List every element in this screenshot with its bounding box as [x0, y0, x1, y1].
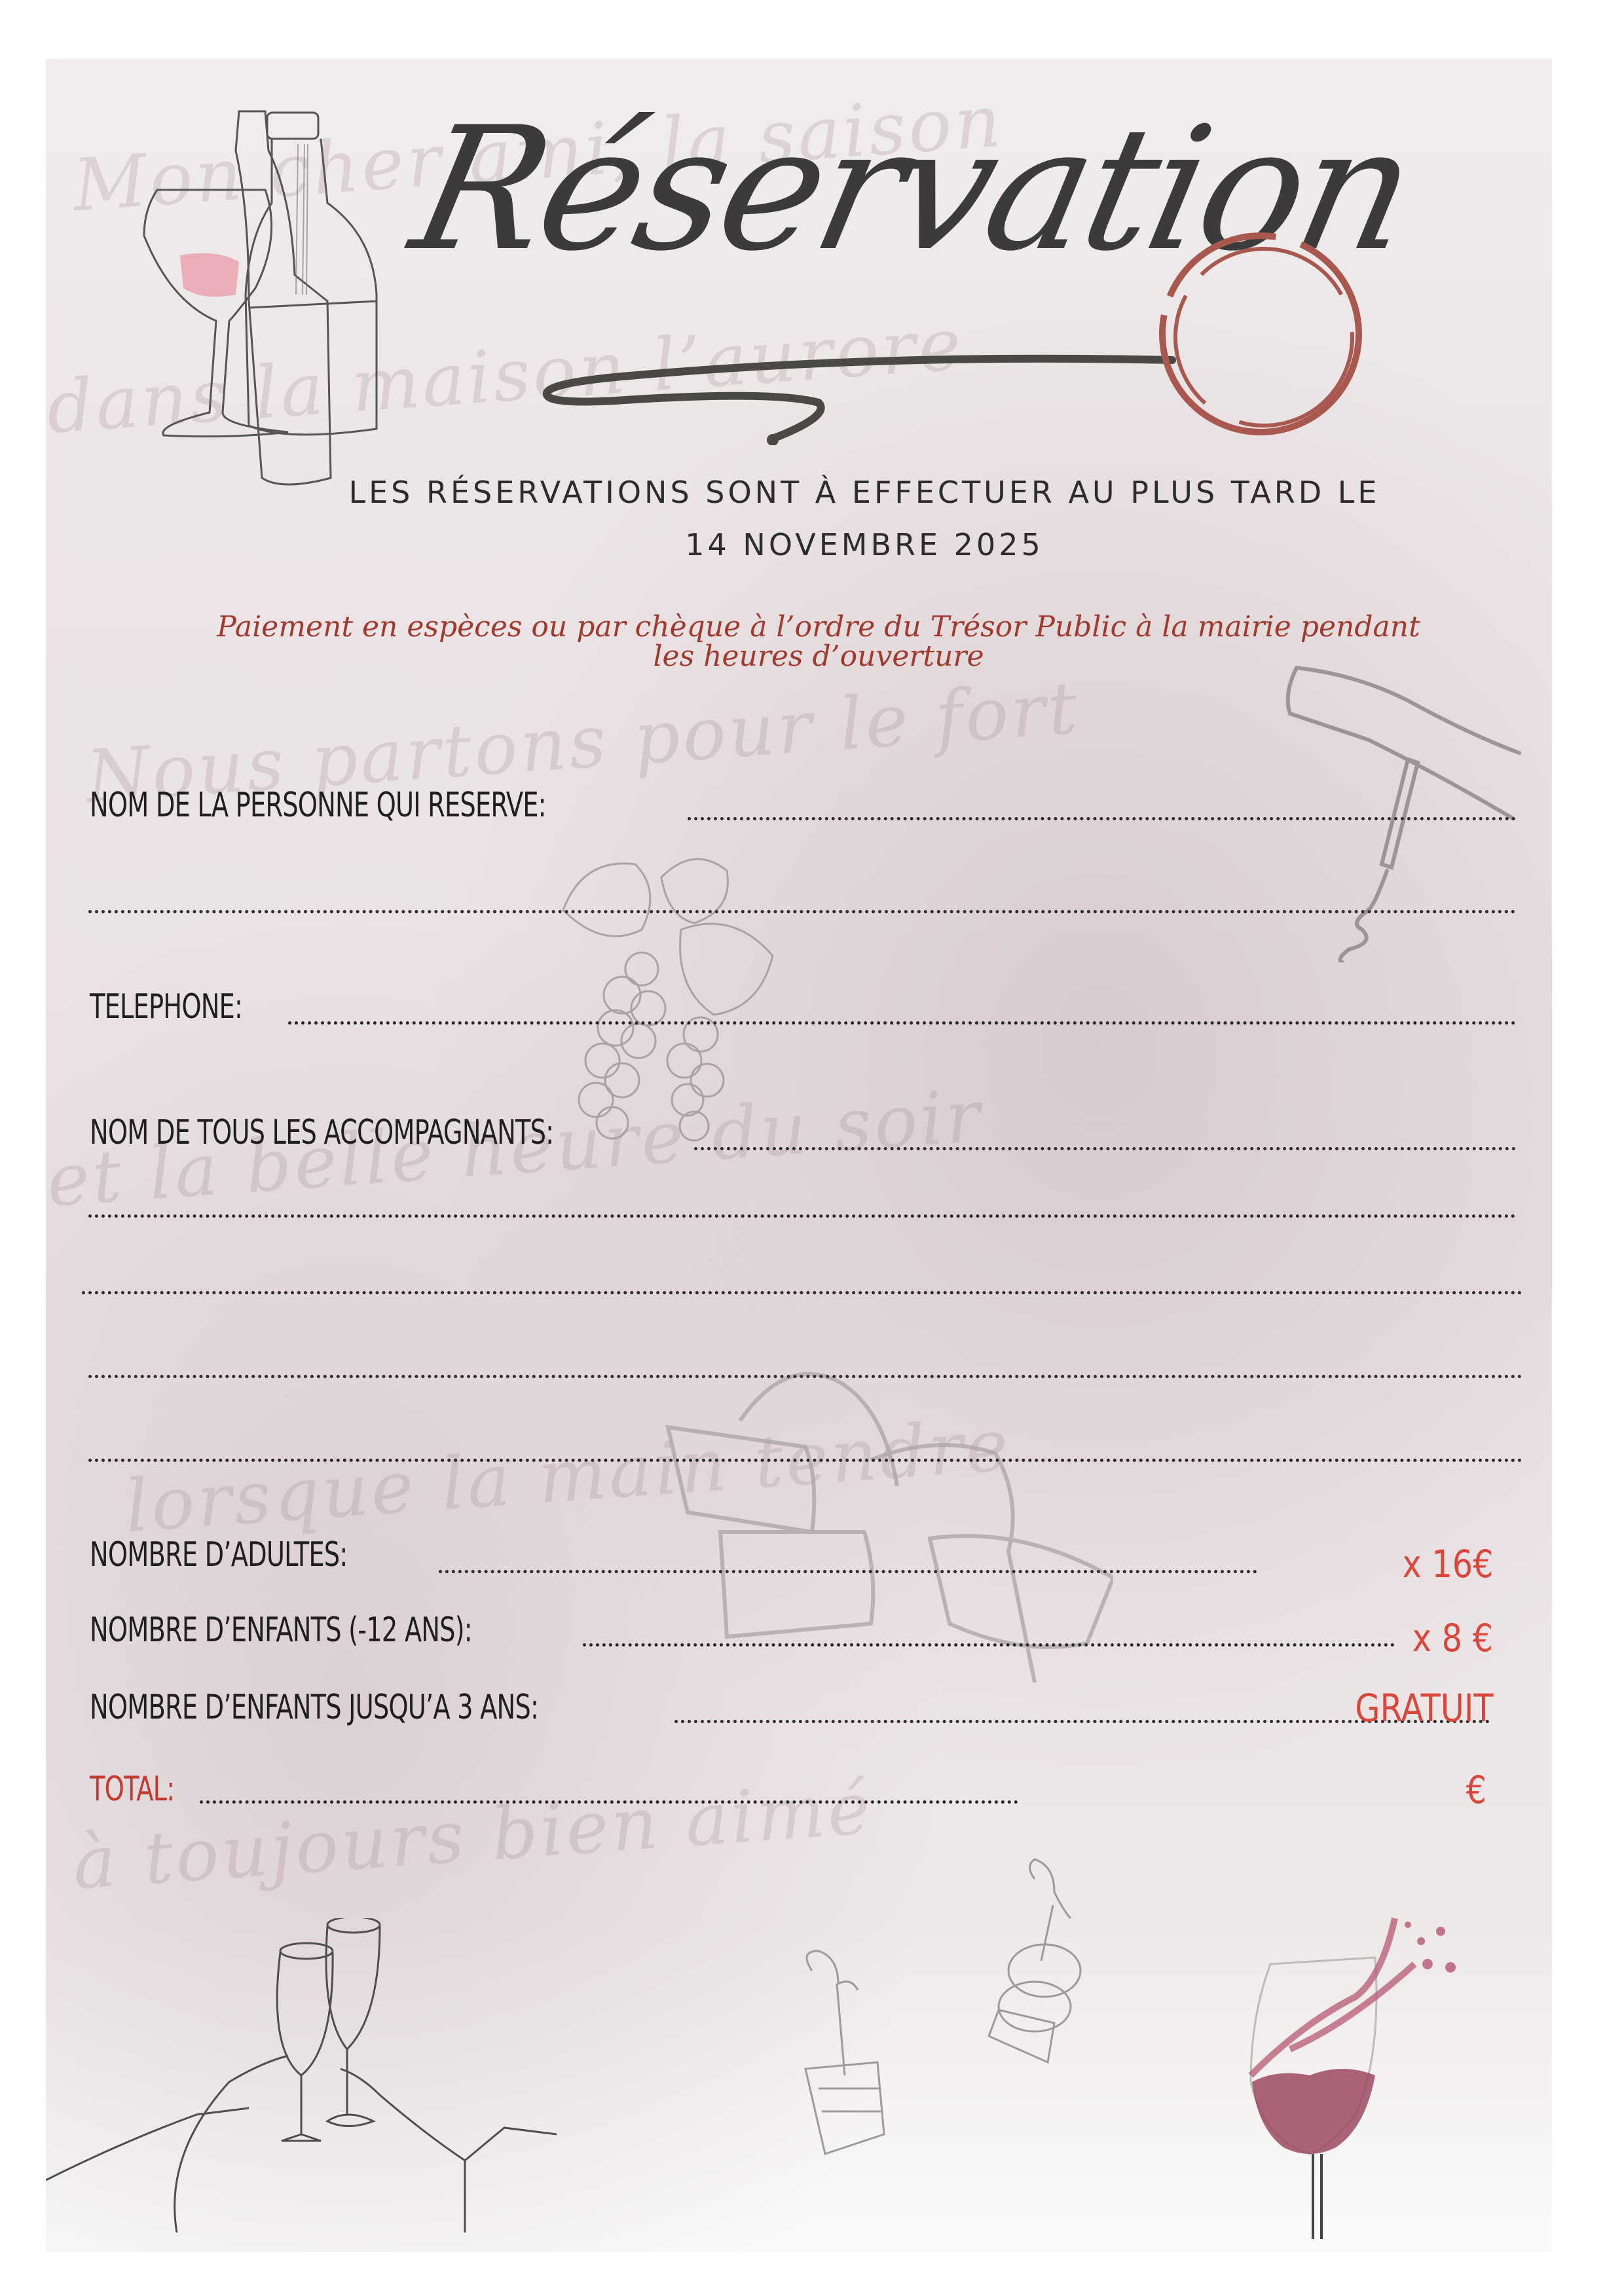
companions-input-line-3[interactable] — [82, 1291, 1522, 1294]
name-label: NOM DE LA PERSONNE QUI RESERVE: — [90, 786, 546, 825]
toddlers-label: NOMBRE D’ENFANTS JUSQU’A 3 ANS: — [90, 1688, 538, 1727]
companions-label: NOM DE TOUS LES ACCOMPAGNANTS: — [90, 1113, 553, 1152]
background-script-texture: à toujours bien aimé — [70, 1766, 876, 1905]
total-label: TOTAL: — [90, 1770, 174, 1809]
toasting-glasses-icon — [46, 1918, 557, 2232]
children-count-input[interactable] — [583, 1643, 1395, 1647]
phone-input[interactable] — [288, 1021, 1516, 1025]
companions-input-line-2[interactable] — [88, 1214, 1516, 1218]
grape-bunch-icon — [524, 818, 799, 1159]
payment-info-line-1: Paiement en espèces ou par chèque à l’or… — [98, 612, 1539, 642]
total-currency: € — [1466, 1768, 1486, 1812]
adults-price: x 16€ — [1402, 1542, 1493, 1586]
children-label: NOMBRE D’ENFANTS (-12 ANS): — [90, 1611, 472, 1650]
companions-input-line-4[interactable] — [88, 1375, 1522, 1378]
wine-splash-glass-icon — [1225, 1899, 1552, 2239]
appetizer-skewers-icon — [773, 1853, 1113, 2193]
toddlers-price: GRATUIT — [1355, 1686, 1493, 1730]
adults-label: NOMBRE D’ADULTES: — [90, 1535, 347, 1575]
page-title: Réservation — [401, 105, 1223, 275]
companions-input-line-1[interactable] — [694, 1147, 1516, 1150]
deadline-line-2: 14 NOVEMBRE 2025 — [236, 527, 1493, 562]
title-flourish-icon — [511, 327, 1179, 445]
name-input[interactable] — [688, 817, 1516, 820]
companions-input-line-5[interactable] — [88, 1459, 1522, 1462]
adults-count-input[interactable] — [439, 1570, 1257, 1573]
cheese-platter-icon — [655, 1316, 1113, 1683]
total-input[interactable] — [200, 1800, 1018, 1804]
corkscrew-icon — [1277, 655, 1526, 962]
children-price: x 8 € — [1412, 1616, 1493, 1660]
name-input-line-2[interactable] — [88, 910, 1516, 913]
wine-stain-ring-icon — [1146, 223, 1375, 445]
phone-label: TELEPHONE: — [90, 987, 242, 1027]
deadline-line-1: LES RÉSERVATIONS SONT À EFFECTUER AU PLU… — [236, 475, 1493, 510]
